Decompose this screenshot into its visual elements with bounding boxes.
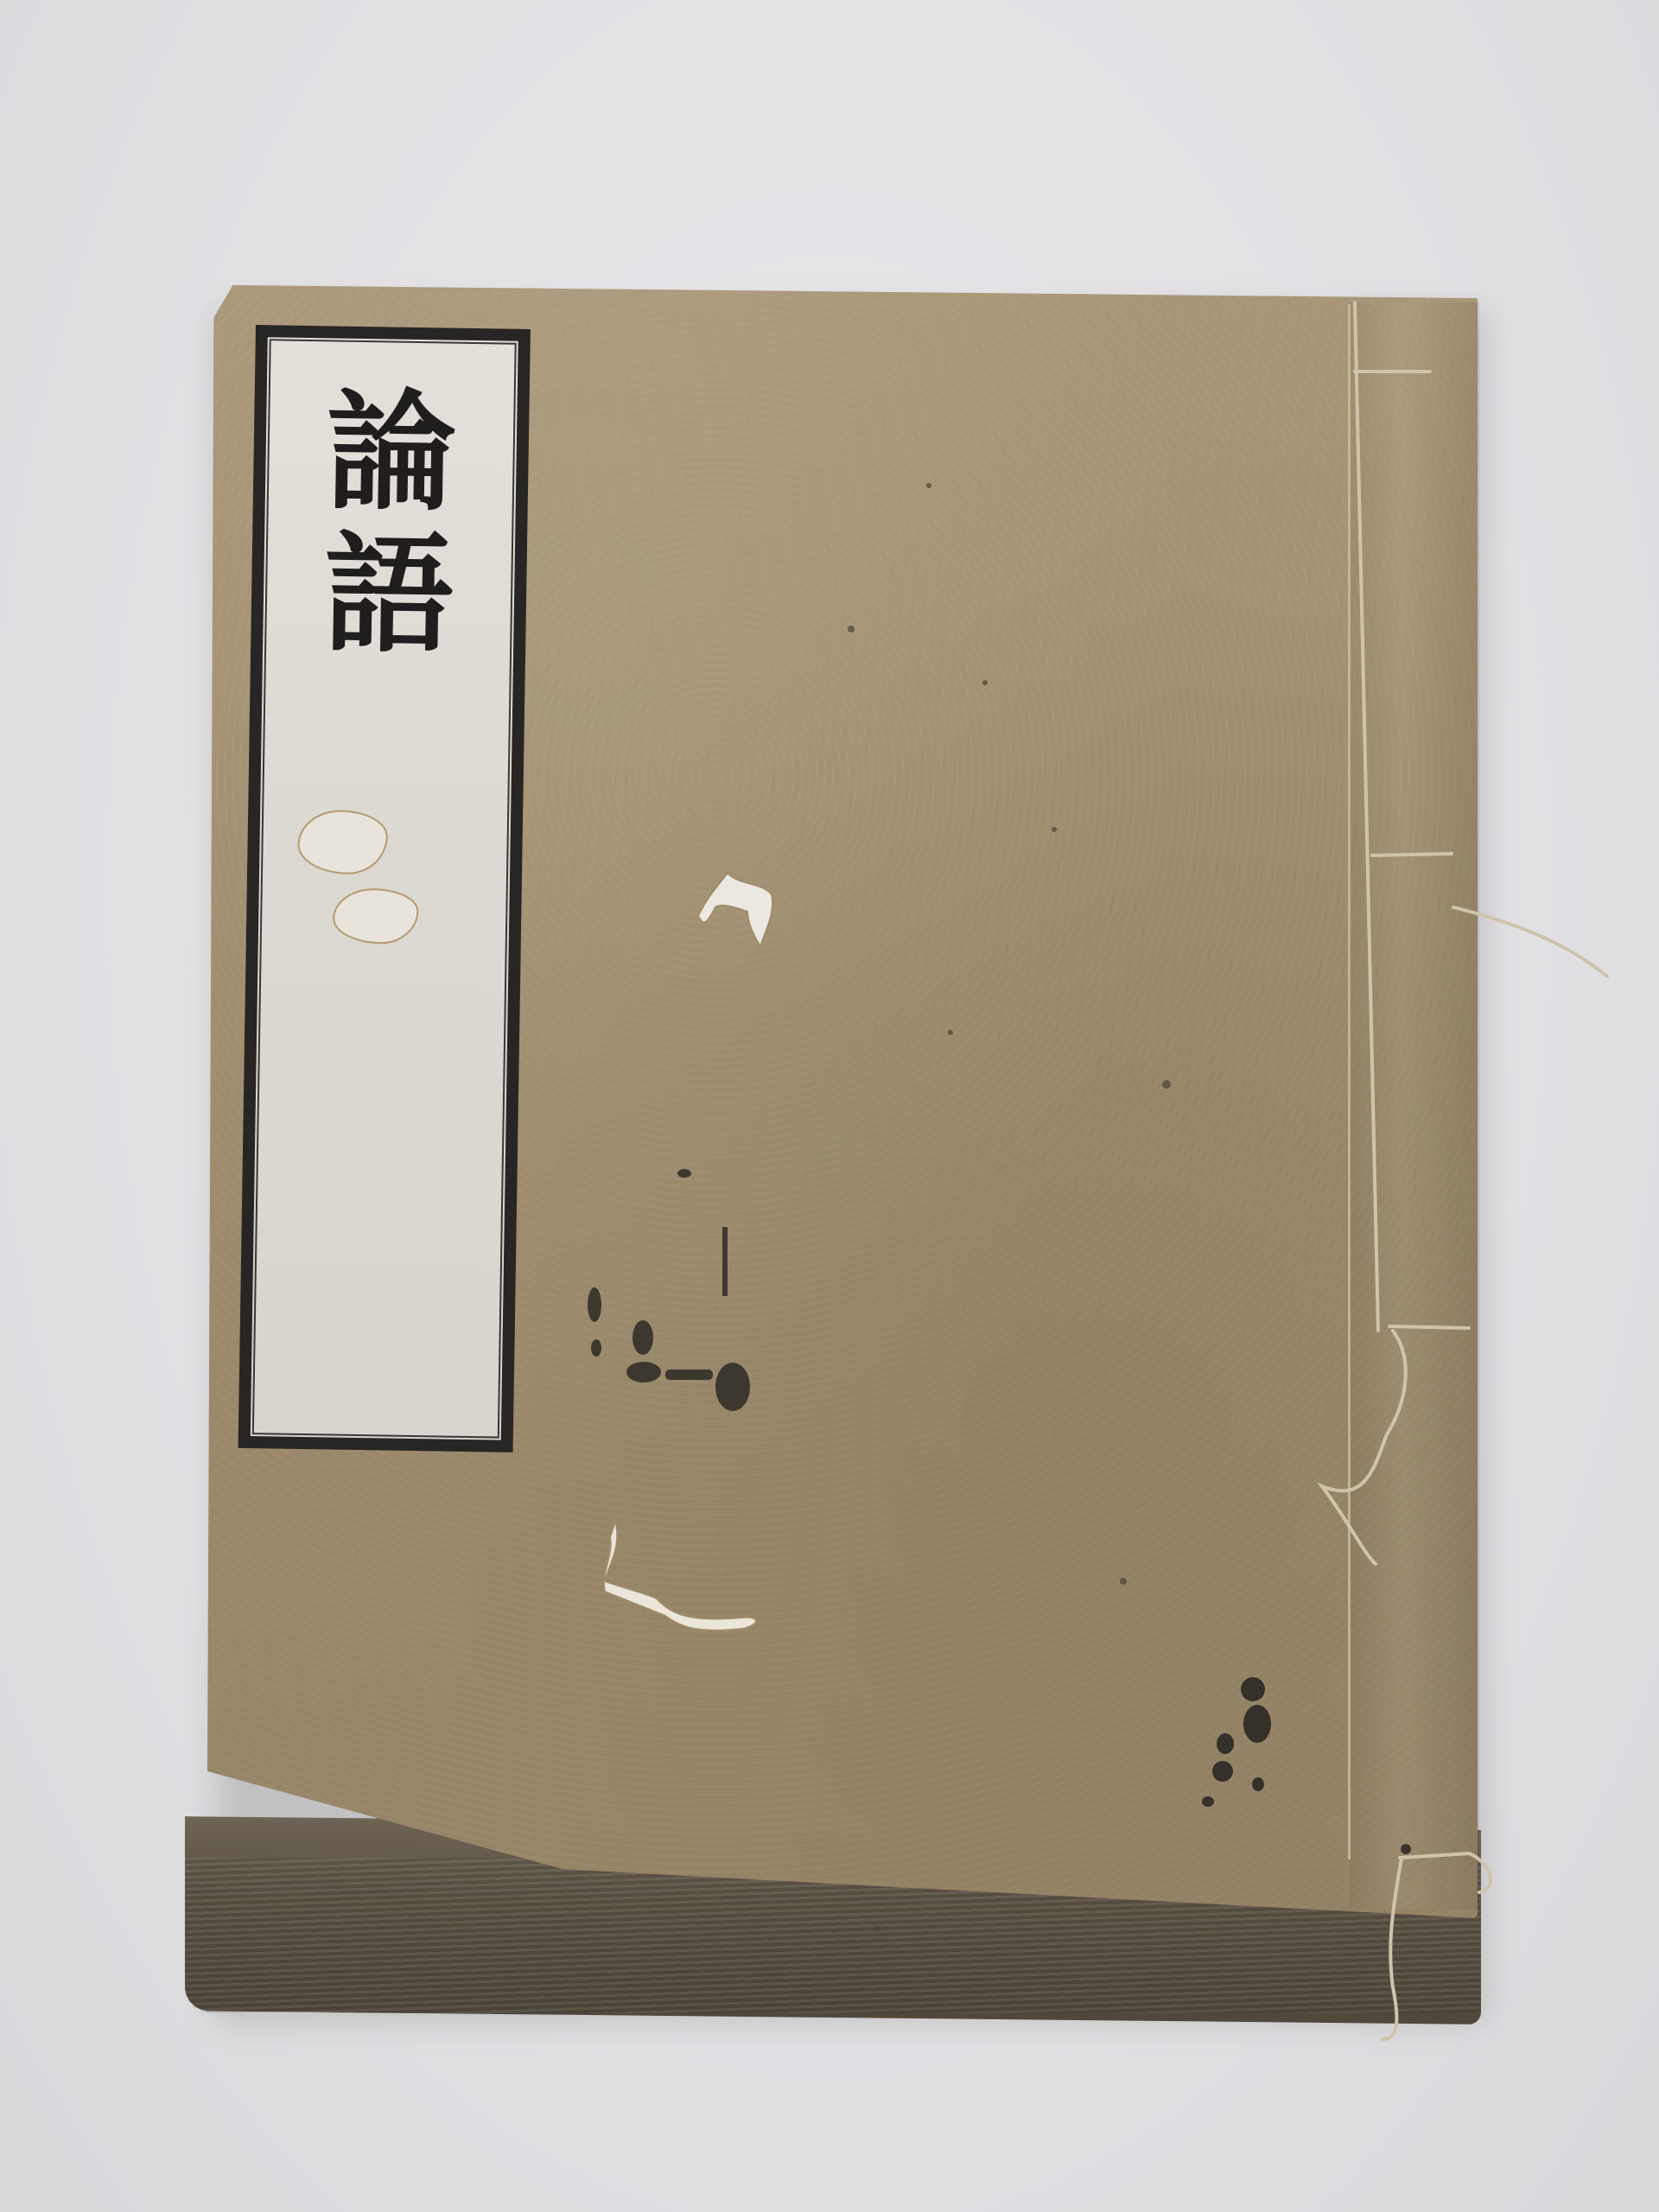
- ink-blots-spine: [1202, 1677, 1271, 1807]
- tear-lower: [604, 1521, 756, 1630]
- cover-specks: [848, 483, 1171, 1932]
- binding-holes: [1401, 1844, 1411, 1854]
- photo-scene: 論 語: [0, 0, 1659, 2212]
- binding-thread: [1322, 302, 1607, 2039]
- faint-ink-character: [588, 1169, 750, 1411]
- tear-upper: [698, 873, 772, 946]
- cover-details-overlay: [0, 0, 1659, 2212]
